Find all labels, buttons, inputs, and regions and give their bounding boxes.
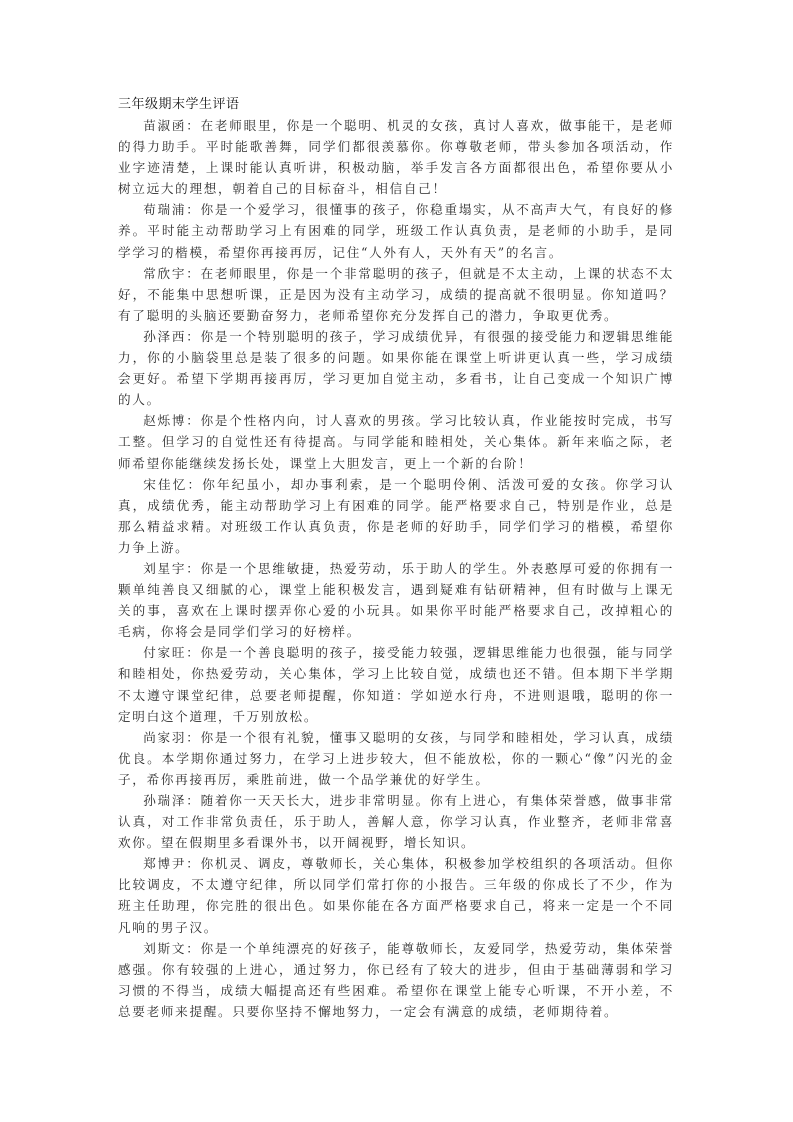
comment-paragraph-liu-siwen: 刘斯文：你是一个单纯漂亮的好孩子，能尊敬师长，友爱同学，热爱劳动，集体荣誉感强。… [118, 938, 674, 1022]
comment-paragraph-miao-shuhan: 苗淑函：在老师眼里，你是一个聪明、机灵的女孩，真讨人喜欢，做事能干，是老师的得力… [118, 115, 674, 199]
comment-paragraph-chang-xinyu: 常欣宇：在老师眼里，你是一个非常聪明的孩子，但就是不太主动，上课的状态不太好，不… [118, 263, 674, 326]
comment-paragraph-song-jiayi: 宋佳忆：你年纪虽小，却办事利索，是一个聪明伶俐、活泼可爱的女孩。你学习认真，成绩… [118, 474, 674, 558]
comment-paragraph-liu-xingyu: 刘星宇：你是一个思维敏捷，热爱劳动，乐于助人的学生。外表憨厚可爱的你拥有一颗单纯… [118, 558, 674, 642]
document-title: 三年级期末学生评语 [118, 95, 674, 115]
comment-paragraph-zheng-boyin: 郑博尹：你机灵、调皮，尊敬师长，关心集体，积极参加学校组织的各项活动。但你比较调… [118, 853, 674, 937]
comment-paragraph-sun-ruize: 孙瑞泽：随着你一天天长大，进步非常明显。你有上进心，有集体荣誉感，做事非常认真，… [118, 790, 674, 853]
comment-paragraph-xun-ruipu: 荀瑞浦：你是一个爱学习，很懂事的孩子，你稳重塌实，从不高声大气，有良好的修养。平… [118, 199, 674, 262]
comment-paragraph-shang-jiayu: 尚家羽：你是一个很有礼貌，懂事又聪明的女孩，与同学和睦相处，学习认真，成绩优良。… [118, 727, 674, 790]
comment-paragraph-fu-jiawang: 付家旺：你是一个善良聪明的孩子，接受能力较强，逻辑思维能力也很强，能与同学和睦相… [118, 642, 674, 726]
document-page: 三年级期末学生评语 苗淑函：在老师眼里，你是一个聪明、机灵的女孩，真讨人喜欢，做… [118, 95, 674, 1022]
comment-paragraph-sun-zexi: 孙泽西：你是一个特别聪明的孩子，学习成绩优异，有很强的接受能力和逻辑思维能力，你… [118, 326, 674, 410]
comment-paragraph-zhao-shuobo: 赵烁博：你是个性格内向，讨人喜欢的男孩。学习比较认真，作业能按时完成，书写工整。… [118, 410, 674, 473]
